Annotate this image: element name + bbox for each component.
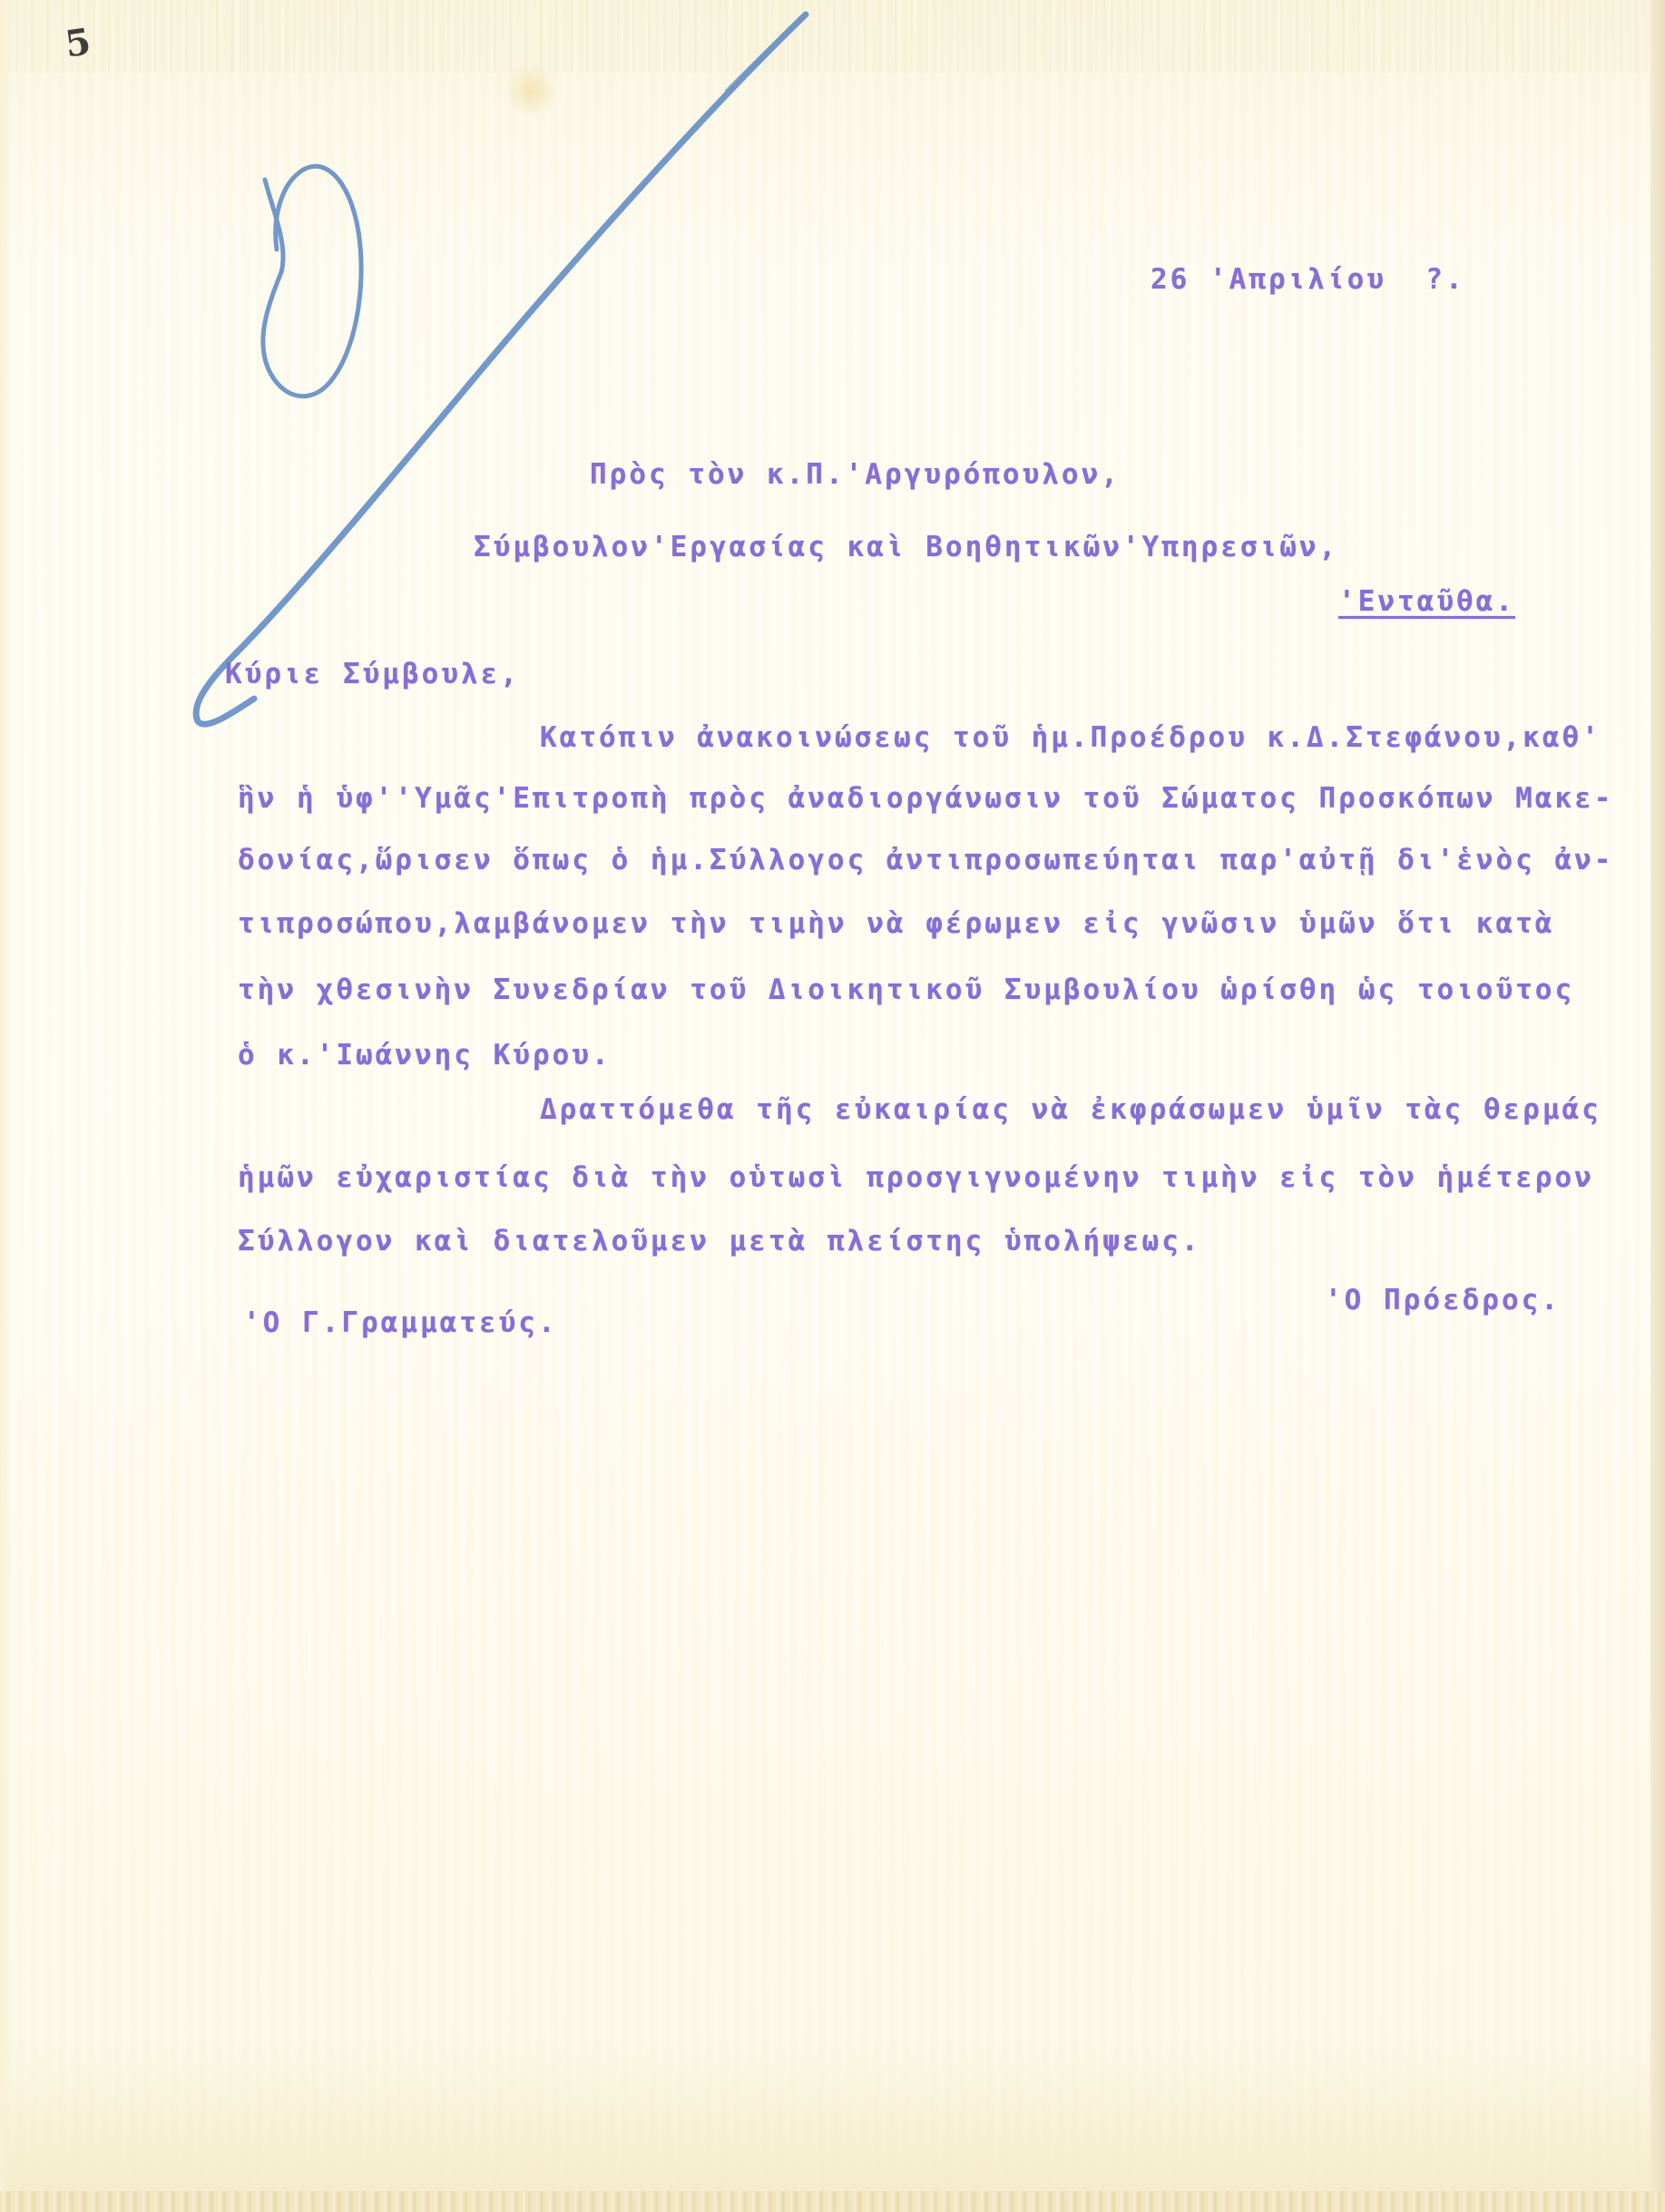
- addressee-title: Σύμβουλον'Εργασίας καὶ Βοηθητικῶν'Υπηρεσ…: [474, 531, 1338, 563]
- body-p2-line1: Δραττόμεθα τῆς εὐκαιρίας νὰ ἐκφράσωμεν ὑ…: [540, 1093, 1601, 1126]
- date-line: 26 'Απριλίου ?.: [1151, 263, 1465, 296]
- body-p2-line3: Σύλλογον καὶ διατελοῦμεν μετὰ πλείστης ὑ…: [238, 1225, 1201, 1258]
- body-p1-line1: Κατόπιν ἀνακοινώσεως τοῦ ἡμ.Προέδρου κ.Δ…: [540, 721, 1601, 754]
- salutation: Κύριε Σύμβουλε,: [225, 658, 520, 690]
- foxing-stain: [504, 64, 558, 118]
- body-p1-line3: δονίας,ὥρισεν ὅπως ὁ ἡμ.Σύλλογος ἀντιπρο…: [238, 844, 1613, 876]
- body-p1-line6: ὁ κ.'Ιωάννης Κύρου.: [238, 1039, 612, 1072]
- paper-right-edge: [1650, 0, 1665, 2212]
- paper-bottom-edge: [0, 2191, 1665, 2212]
- body-p1-line5: τὴν χθεσινὴν Συνεδρίαν τοῦ Διοικητικοῦ Σ…: [238, 974, 1574, 1006]
- secretary-signature: 'Ο Γ.Γραμματεύς.: [243, 1307, 558, 1339]
- paper-top-fibers: [0, 0, 1665, 73]
- body-p1-line2: ἣν ἡ ὑφ''Υμᾶς'Επιτροπὴ πρὸς ἀναδιοργάνωσ…: [238, 782, 1613, 815]
- body-p2-line2: ἡμῶν εὐχαριστίας διὰ τὴν οὑτωσὶ προσγιγν…: [238, 1161, 1594, 1194]
- president-signature: 'Ο Πρόεδρος.: [1325, 1284, 1561, 1316]
- body-p1-line4: τιπροσώπου,λαμβάνομεν τὴν τιμὴν νὰ φέρωμ…: [238, 907, 1554, 940]
- paper-left-edge: [0, 0, 13, 2212]
- addressee-location: 'Ενταῦθα.: [1338, 585, 1515, 618]
- addressee-name: Πρὸς τὸν κ.Π.'Αργυρόπουλον,: [590, 458, 1121, 491]
